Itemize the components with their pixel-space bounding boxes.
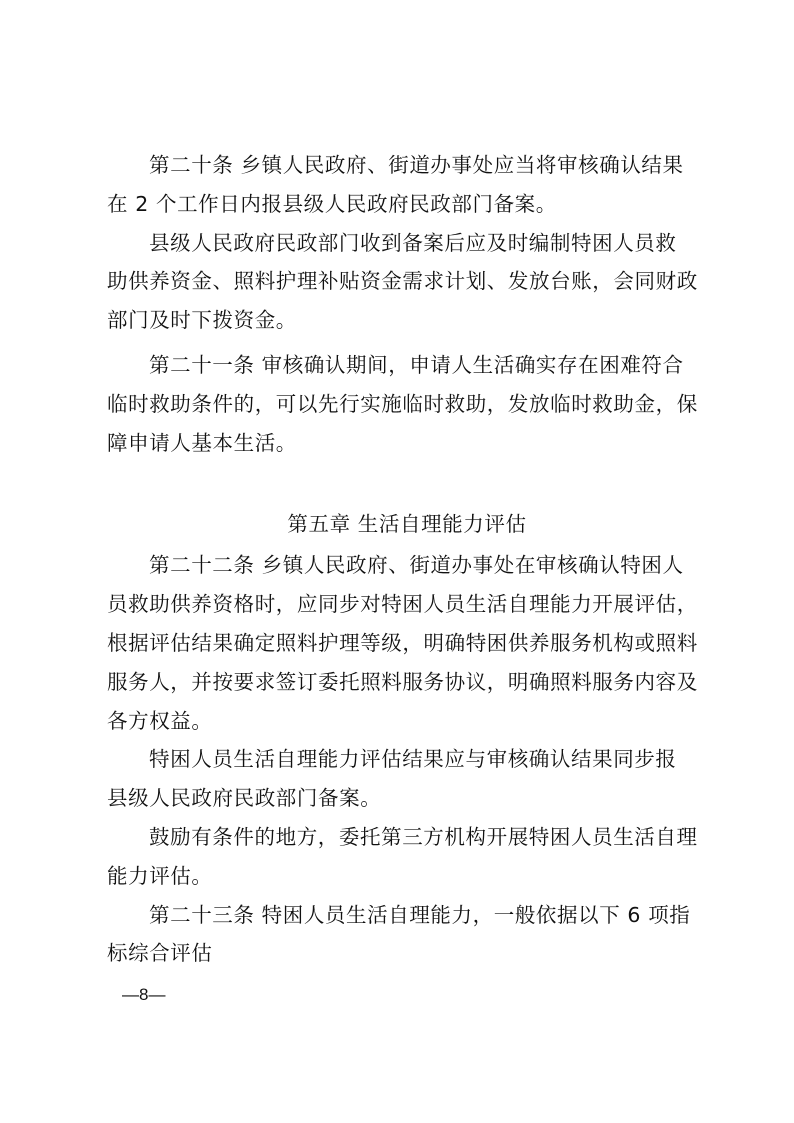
section-spacer	[107, 462, 697, 502]
article-21-line-3: 障申请人基本生活。	[107, 424, 697, 463]
article-22-line-3: 根据评估结果确定照料护理等级，明确特困供养服务机构或照料	[107, 624, 697, 663]
paragraph-filing-line-1: 县级人民政府民政部门收到备案后应及时编制特困人员救	[107, 224, 697, 263]
paragraph-filing-line-2: 助供养资金、照料护理补贴资金需求计划、发放台账，会同财政	[107, 262, 697, 301]
paragraph-filing-line-3: 部门及时下拨资金。	[107, 301, 697, 340]
page-number: —8—	[122, 985, 165, 1005]
article-23-line-2: 标综合评估	[107, 934, 697, 973]
document-page: 第二十条 乡镇人民政府、街道办事处应当将审核确认结果 在 2 个工作日内报县级人…	[107, 146, 697, 973]
paragraph-third-party-line-1: 鼓励有条件的地方，委托第三方机构开展特困人员生活自理	[107, 818, 697, 857]
article-20-line-1: 第二十条 乡镇人民政府、街道办事处应当将审核确认结果	[107, 146, 697, 185]
chapter-heading: 第五章 生活自理能力评估	[107, 502, 697, 546]
paragraph-assessment-line-1: 特困人员生活自理能力评估结果应与审核确认结果同步报	[107, 740, 697, 779]
article-20-line-2: 在 2 个工作日内报县级人民政府民政部门备案。	[107, 185, 697, 224]
article-23-line-1: 第二十三条 特困人员生活自理能力，一般依据以下 6 项指	[107, 896, 697, 935]
article-21-line-1: 第二十一条 审核确认期间，申请人生活确实存在困难符合	[107, 346, 697, 385]
article-22-line-4: 服务人，并按要求签订委托照料服务协议，明确照料服务内容及	[107, 663, 697, 702]
article-22-line-1: 第二十二条 乡镇人民政府、街道办事处在审核确认特困人	[107, 546, 697, 585]
article-21-line-2: 临时救助条件的，可以先行实施临时救助，发放临时救助金，保	[107, 385, 697, 424]
paragraph-third-party-line-2: 能力评估。	[107, 857, 697, 896]
article-22-line-2: 员救助供养资格时，应同步对特困人员生活自理能力开展评估，	[107, 585, 697, 624]
paragraph-assessment-line-2: 县级人民政府民政部门备案。	[107, 779, 697, 818]
article-22-line-5: 各方权益。	[107, 702, 697, 741]
